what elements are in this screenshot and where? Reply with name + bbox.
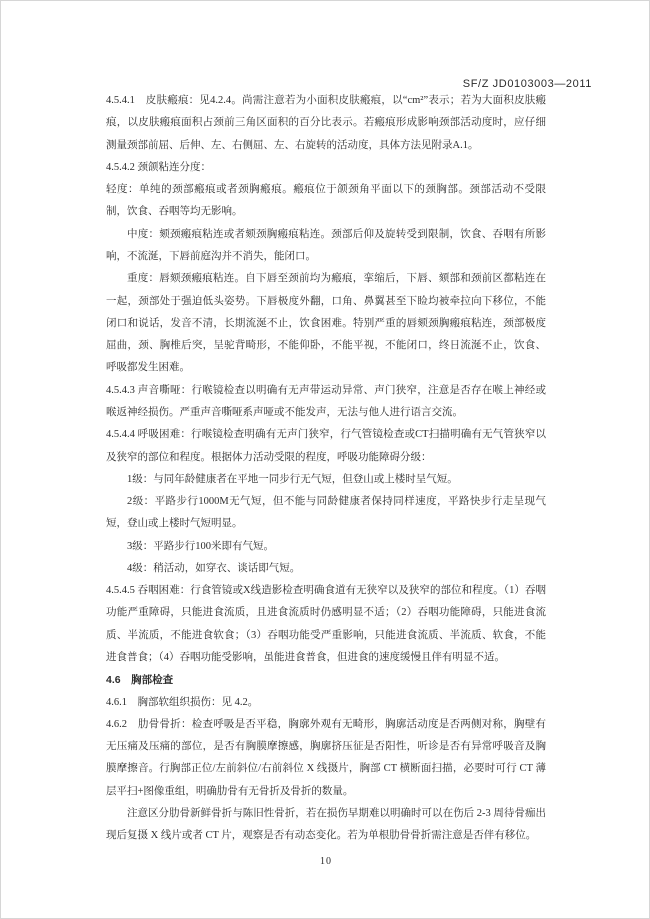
paragraph-4-5-4-1-skin-scar: 4.5.4.1 皮肤瘢痕：见4.2.4。尚需注意若为小面积皮肤瘢痕，以“cm²”… xyxy=(106,90,546,157)
paragraph-breath-grade-1: 1级：与同年龄健康者在平地一同步行无气短，但登山或上楼时呈气短。 xyxy=(106,469,546,491)
paragraph-4-6-2-rib-fracture: 4.6.2 肋骨骨折：检查呼吸是否平稳，胸廓外观有无畸形，胸廓活动度是否两侧对称… xyxy=(106,714,546,803)
standard-code-header: SF/Z JD0103003—2011 xyxy=(463,78,592,90)
paragraph-grade-moderate: 中度：颏颈瘢痕粘连或者颏颈胸瘢痕粘连。颈部后仰及旋转受到限制，饮食、吞咽有所影响… xyxy=(106,224,546,269)
page-number: 10 xyxy=(1,856,650,867)
paragraph-breath-grade-4: 4级：稍活动，如穿衣、谈话即气短。 xyxy=(106,558,546,580)
paragraph-4-5-4-5-dysphagia: 4.5.4.5 吞咽困难：行食管镜或X线造影检查明确食道有无狭窄以及狭窄的部位和… xyxy=(106,580,546,669)
section-heading-4-6-chest: 4.6 胸部检查 xyxy=(106,669,546,691)
paragraph-4-5-4-4-dyspnea: 4.5.4.4 呼吸困难：行喉镜检查明确有无声门狭窄，行气管镜检查或CT扫描明确… xyxy=(106,424,546,469)
document-body: 4.5.4.1 皮肤瘢痕：见4.2.4。尚需注意若为小面积皮肤瘢痕，以“cm²”… xyxy=(106,90,546,848)
paragraph-breath-grade-3: 3级：平路步行100米即有气短。 xyxy=(106,536,546,558)
paragraph-4-5-4-3-hoarseness: 4.5.4.3 声音嘶哑：行喉镜检查以明确有无声带运动异常、声门狭窄，注意是否存… xyxy=(106,380,546,425)
paragraph-4-5-4-2-adhesion: 4.5.4.2 颈颌粘连分度： xyxy=(106,157,546,179)
paragraph-breath-grade-2: 2级：平路步行1000M无气短，但不能与同龄健康者保持同样速度，平路快步行走呈现… xyxy=(106,491,546,536)
paragraph-grade-severe: 重度：唇颏颈瘢痕粘连。自下唇至颈前均为瘢痕，挛缩后，下唇、颏部和颈前区都粘连在一… xyxy=(106,268,546,379)
paragraph-grade-light: 轻度：单纯的颈部瘢痕或者颈胸瘢痕。瘢痕位于颌颈角平面以下的颈胸部。颈部活动不受限… xyxy=(106,179,546,224)
document-page: SF/Z JD0103003—2011 4.5.4.1 皮肤瘢痕：见4.2.4。… xyxy=(0,0,650,919)
paragraph-rib-fracture-note: 注意区分肋骨新鲜骨折与陈旧性骨折，若在损伤早期难以明确时可以在伤后 2-3 周待… xyxy=(106,803,546,848)
paragraph-4-6-1-soft-tissue: 4.6.1 胸部软组织损伤：见 4.2。 xyxy=(106,692,546,714)
